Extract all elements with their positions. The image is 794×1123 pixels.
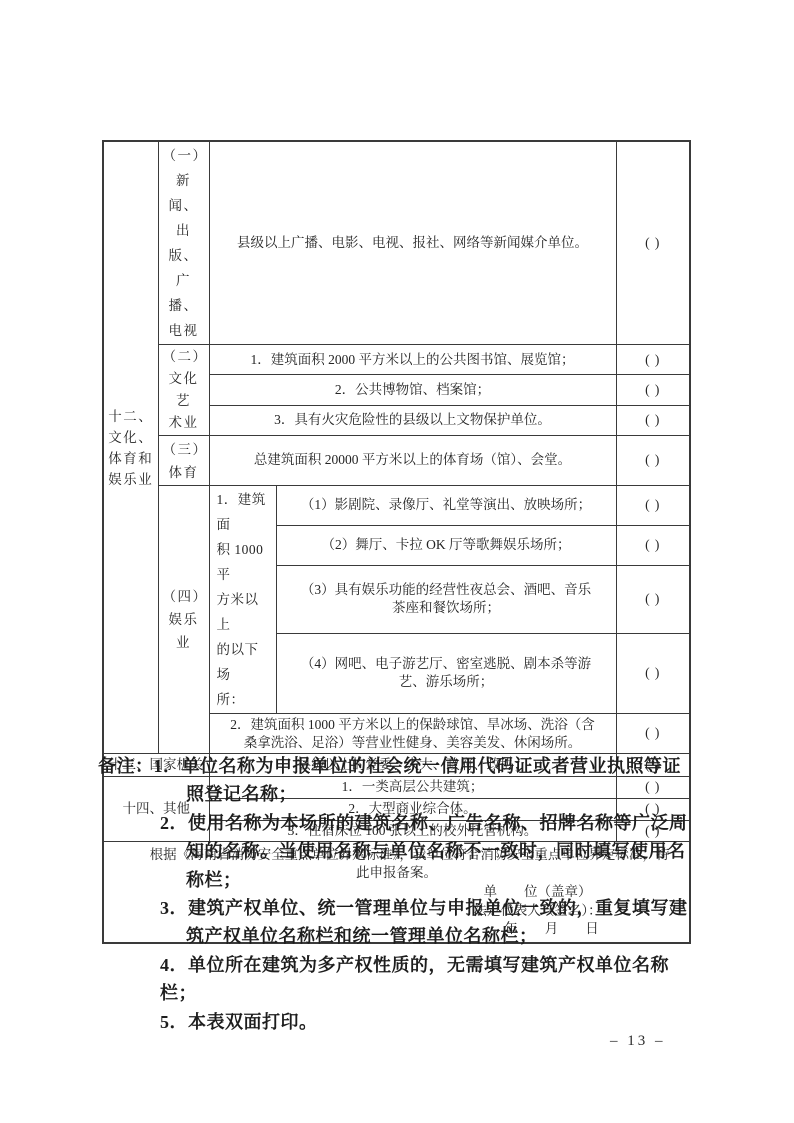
note-line: 4．单位所在建筑为多产权性质的，无需填写建筑产权单位名称栏； [98,951,704,1008]
criterion-line: 艺、游乐场所； [281,673,612,691]
category-12-cell: 十二、 文化、 体育和 娱乐业 [103,141,158,754]
note-line: 2．使用名称为本场所的建筑名称、广告名称、招牌名称等广泛周 [98,809,704,837]
checkbox-blank[interactable]: ( ) [616,633,690,713]
subcategory-2-line: 术业 [163,412,205,434]
checkbox-blank[interactable]: ( ) [616,405,690,435]
checkbox-blank[interactable]: ( ) [616,486,690,526]
criterion-cinema: （1）影剧院、录像厅、礼堂等演出、放映场所； [276,486,616,526]
checkbox-blank[interactable]: ( ) [616,566,690,634]
subcategory-1-line: 新闻、 [163,168,205,218]
criterion-heritage: 3．具有火灾危险性的县级以上文物保护单位。 [209,405,616,435]
condition-line: 所： [214,687,272,712]
criterion-museum: 2．公共博物馆、档案馆； [209,375,616,405]
subcategory-4-line: （四） [163,585,205,608]
subcategory-2-line: 文化艺 [163,368,205,412]
criterion-line: （4）网吧、电子游艺厅、密室逃脱、剧本杀等游 [281,655,612,673]
subcategory-3-line: 体育 [163,461,205,484]
page-number: – 13 – [610,1033,666,1050]
checkbox-blank[interactable]: ( ) [616,141,690,345]
subcategory-1-line: 出版、 [163,218,205,268]
category-12-line: 体育和 [108,448,154,469]
criterion-nightclub: （3）具有娱乐功能的经营性夜总会、酒吧、音乐 茶座和餐饮场所； [276,566,616,634]
criterion-dancehall: （2）舞厅、卡拉 OK 厅等歌舞娱乐场所； [276,526,616,566]
subcategory-4-line: 娱乐业 [163,608,205,654]
condition-line: 1．建筑面 [214,487,272,537]
notes-section: 备注：1．单位名称为申报单位的社会统一信用代码证或者营业执照等证 照登记名称； … [98,752,704,1036]
note-line: 筑产权单位名称栏和统一管理单位名称栏； [98,922,704,950]
note-line: 照登记名称； [98,780,704,808]
subcategory-2-line: （二） [163,346,205,368]
condition-line: 方米以上 [214,587,272,637]
note-line: 称栏； [98,866,704,894]
checkbox-blank[interactable]: ( ) [616,436,690,486]
subcategory-3-sports-cell: （三） 体育 [158,436,209,486]
criterion-line: 2．建筑面积 1000 平方米以上的保龄球馆、旱冰场、洗浴（含 [214,716,612,734]
criterion-library: 1．建筑面积 2000 平方米以上的公共图书馆、展览馆； [209,345,616,375]
category-12-line: 十二、 [108,406,154,427]
note-line: 知的名称。当使用名称与单位名称不一致时，同时填写使用名 [98,837,704,865]
condition-line: 积 1000 平 [214,537,272,587]
subcategory-4-entertainment-cell: （四） 娱乐业 [158,486,209,754]
checkbox-blank[interactable]: ( ) [616,375,690,405]
criterion-stadium: 总建筑面积 20000 平方米以上的体育场（馆）、会堂。 [209,436,616,486]
subcategory-2-culture-cell: （二） 文化艺 术业 [158,345,209,436]
subcategory-1-line: 电视 [163,318,205,343]
criterion-news-media: 县级以上广播、电影、电视、报社、网络等新闻媒介单位。 [209,141,616,345]
entertainment-area-condition-cell: 1．建筑面 积 1000 平 方米以上 的以下场 所： [209,486,276,714]
subcategory-1-line: （一） [163,143,205,168]
note-line: 5．本表双面打印。 [98,1008,704,1036]
criterion-bowling-bath: 2．建筑面积 1000 平方米以上的保龄球馆、旱冰场、洗浴（含 桑拿洗浴、足浴）… [209,714,616,754]
subcategory-1-news-cell: （一） 新闻、 出版、 广播、 电视 [158,141,209,345]
document-page: 十二、 文化、 体育和 娱乐业 （一） 新闻、 出版、 广播、 电视 县级以上广… [0,0,794,1123]
note-line: 3．建筑产权单位、统一管理单位与申报单位一致的，重复填写建 [98,894,704,922]
checkbox-blank[interactable]: ( ) [616,526,690,566]
subcategory-1-line: 广播、 [163,268,205,318]
checkbox-blank[interactable]: ( ) [616,714,690,754]
subcategory-3-line: （三） [163,438,205,461]
criterion-line: 茶座和餐饮场所； [281,599,612,617]
criterion-internet-cafe: （4）网吧、电子游艺厅、密室逃脱、剧本杀等游 艺、游乐场所； [276,633,616,713]
category-12-line: 娱乐业 [108,469,154,490]
note-line: 备注：1．单位名称为申报单位的社会统一信用代码证或者营业执照等证 [98,752,704,780]
condition-line: 的以下场 [214,637,272,687]
criterion-line: 桑拿洗浴、足浴）等营业性健身、美容美发、休闲场所。 [214,734,612,752]
category-12-line: 文化、 [108,427,154,448]
checkbox-blank[interactable]: ( ) [616,345,690,375]
criterion-line: （3）具有娱乐功能的经营性夜总会、酒吧、音乐 [281,581,612,599]
